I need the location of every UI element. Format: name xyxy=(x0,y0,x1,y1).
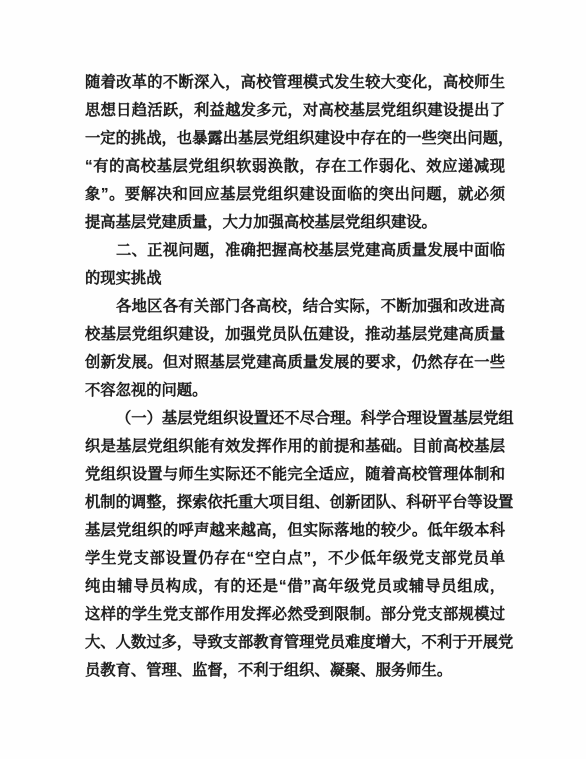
text-line: “有的高校基层党组织软弱涣散，存在工作弱化、效应递减现 xyxy=(85,153,505,181)
document-page: 随着改革的不断深入，高校管理模式发生较大变化，高校师生思想日趋活跃，利益越发多元… xyxy=(0,0,586,759)
text-line: 织是基层党组织能有效发挥作用的前提和基础。目前高校基层 xyxy=(85,433,505,461)
text-line: 党组织设置与师生实际还不能完全适应，随着高校管理体制和 xyxy=(85,461,505,489)
text-line: 思想日趋活跃，利益越发多元，对高校基层党组织建设提出了 xyxy=(85,97,505,125)
text-line: 各地区各有关部门各高校，结合实际，不断加强和改进高 xyxy=(85,293,505,321)
text-line: （一）基层党组织设置还不尽合理。科学合理设置基层党组 xyxy=(85,405,505,433)
text-line: 一定的挑战，也暴露出基层党组织建设中存在的一些突出问题， xyxy=(85,125,505,153)
heading-line: 二、正视问题，准确把握高校基层党建高质量发展中面临 xyxy=(85,237,505,265)
text-line: 提高基层党建质量，大力加强高校基层党组织建设。 xyxy=(85,209,505,237)
paragraph-overview: 各地区各有关部门各高校，结合实际，不断加强和改进高校基层党组织建设，加强党员队伍… xyxy=(85,293,505,405)
text-line: 随着改革的不断深入，高校管理模式发生较大变化，高校师生 xyxy=(85,69,505,97)
text-line: 象”。要解决和回应基层党组织建设面临的突出问题，就必须 xyxy=(85,181,505,209)
text-line: 创新发展。但对照基层党建高质量发展的要求，仍然存在一些 xyxy=(85,349,505,377)
paragraph-intro-continued: 随着改革的不断深入，高校管理模式发生较大变化，高校师生思想日趋活跃，利益越发多元… xyxy=(85,69,505,237)
text-line: 大、人数过多，导致支部教育管理党员难度增大，不利于开展党 xyxy=(85,629,505,657)
text-line: 机制的调整，探索依托重大项目组、创新团队、科研平台等设置 xyxy=(85,489,505,517)
text-line: 员教育、管理、监督，不利于组织、凝聚、服务师生。 xyxy=(85,657,505,685)
heading-line: 的现实挑战 xyxy=(85,265,505,293)
section-heading-2: 二、正视问题，准确把握高校基层党建高质量发展中面临的现实挑战 xyxy=(85,237,505,293)
text-line: 校基层党组织建设，加强党员队伍建设，推动基层党建高质量 xyxy=(85,321,505,349)
text-line: 这样的学生党支部作用发挥必然受到限制。部分党支部规模过 xyxy=(85,601,505,629)
text-line: 学生党支部设置仍存在“空白点”，不少低年级党支部党员单 xyxy=(85,545,505,573)
document-text-block: 随着改革的不断深入，高校管理模式发生较大变化，高校师生思想日趋活跃，利益越发多元… xyxy=(85,69,505,685)
text-line: 不容忽视的问题。 xyxy=(85,377,505,405)
paragraph-point-1: （一）基层党组织设置还不尽合理。科学合理设置基层党组织是基层党组织能有效发挥作用… xyxy=(85,405,505,685)
text-line: 基层党组织的呼声越来越高，但实际落地的较少。低年级本科 xyxy=(85,517,505,545)
text-line: 纯由辅导员构成，有的还是“借”高年级党员或辅导员组成， xyxy=(85,573,505,601)
